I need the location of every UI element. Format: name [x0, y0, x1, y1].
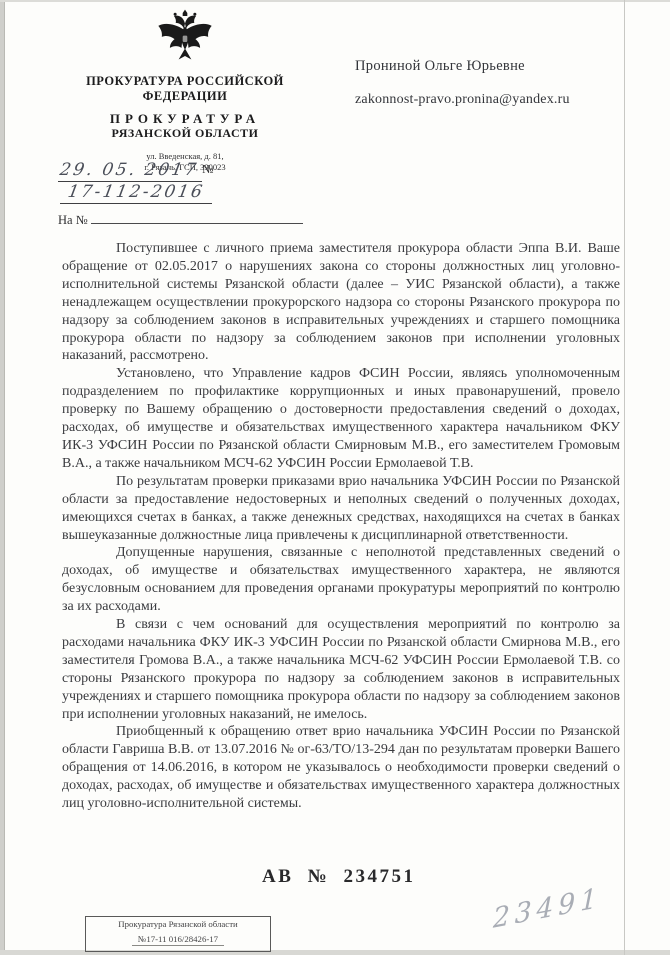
reference-block: 29. 05. 2017№17-112-2016 На №	[58, 160, 338, 228]
date-number-row: 29. 05. 2017№17-112-2016	[58, 160, 338, 204]
registration-stamp-org: Прокуратура Рязанской области	[90, 919, 266, 929]
scan-fold-line	[624, 0, 625, 955]
na-number-label: На №	[58, 213, 88, 227]
body-paragraph: Приобщенный к обращению ответ врио начал…	[62, 723, 620, 813]
org-name-line1: ПРОКУРАТУРА РОССИЙСКОЙ	[55, 74, 315, 89]
date-field: 29. 05. 2017	[58, 160, 202, 182]
addressee-block: Прониной Ольге Юрьевне zakonnost-pravo.p…	[355, 58, 645, 108]
letterhead: ПРОКУРАТУРА РОССИЙСКОЙ ФЕДЕРАЦИИ ПРОКУРА…	[55, 8, 315, 172]
na-number-blank	[91, 211, 303, 224]
body-paragraph: В связи с чем оснований для осуществлени…	[62, 616, 620, 723]
number-sign: №	[202, 162, 213, 176]
body-paragraph: Поступившее с личного приема заместителя…	[62, 240, 620, 365]
addressee-email: zakonnost-pravo.pronina@yandex.ru	[355, 92, 645, 108]
scan-edge-left	[0, 0, 5, 955]
double-headed-eagle-emblem-icon	[156, 8, 214, 68]
org-name-line3: ПРОКУРАТУРА	[55, 111, 315, 126]
handwritten-outgoing-number: 17-112-2016	[66, 182, 206, 202]
pencil-note: 23491	[493, 882, 602, 935]
registration-stamp-number: №17-11 016/28426-17	[132, 934, 224, 946]
org-name-line2: ФЕДЕРАЦИИ	[55, 89, 315, 104]
handwritten-date: 29. 05. 2017	[58, 160, 200, 180]
org-name-line4: РЯЗАНСКОЙ ОБЛАСТИ	[55, 126, 315, 140]
letter-body: Поступившее с личного приема заместителя…	[62, 240, 620, 813]
addressee-name: Прониной Ольге Юрьевне	[355, 58, 645, 75]
outgoing-number-field: 17-112-2016	[60, 182, 212, 204]
scan-edge-top	[0, 0, 670, 2]
blank-series-number: АВ № 234751	[262, 866, 416, 888]
na-number-row: На №	[58, 211, 338, 228]
registration-stamp-box: Прокуратура Рязанской области №17-11 016…	[85, 916, 271, 952]
body-paragraph: По результатам проверки приказами врио н…	[62, 473, 620, 545]
scanned-letter-page: ПРОКУРАТУРА РОССИЙСКОЙ ФЕДЕРАЦИИ ПРОКУРА…	[0, 0, 670, 955]
body-paragraph: Установлено, что Управление кадров ФСИН …	[62, 365, 620, 472]
body-paragraph: Допущенные нарушения, связанные с неполн…	[62, 544, 620, 616]
